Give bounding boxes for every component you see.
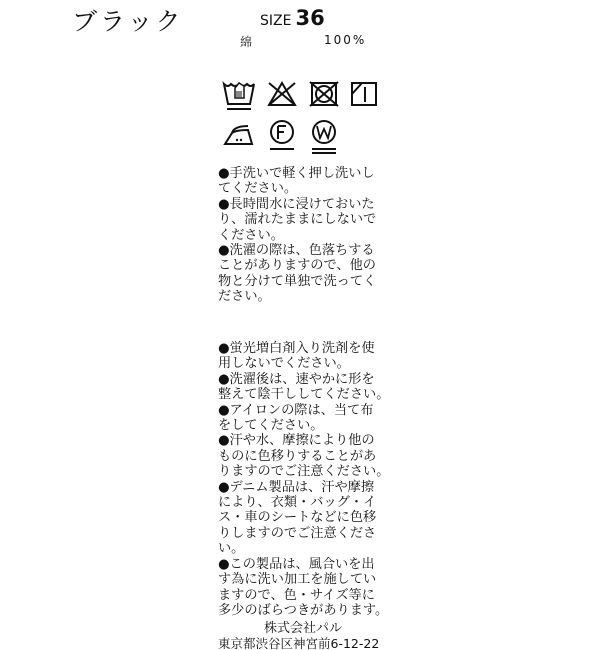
instruction: ●デニム製品は、汗や摩擦 により、衣類・バッグ・イ ス・車のシートなどに色移 り…: [218, 480, 418, 557]
instruction: ●汗や水、摩擦により他の ものに色移りすることがあ りますのでご注意ください。: [218, 433, 418, 479]
dry-clean-f-icon: [268, 118, 296, 152]
instruction: ●蛍光増白剤入り洗剤を使 用しないでください。: [218, 341, 418, 372]
company-address: 東京都渋谷区神宮前6-12-22: [218, 634, 379, 650]
instruction: ●長時間水に浸けておいた り、濡れたままにしないで ください。: [218, 197, 418, 243]
drip-dry-shade-icon: [350, 80, 378, 108]
care-instructions-2: ●蛍光増白剤入り洗剤を使 用しないでください。 ●洗濯後は、速やかに形を 整えて…: [218, 341, 418, 618]
size-label: SIZE: [260, 13, 291, 29]
wet-clean-w-icon: [310, 118, 338, 156]
do-not-tumble-dry-icon: [308, 80, 340, 108]
material-percent: 100%: [324, 33, 366, 47]
instruction: ●アイロンの際は、当て布 をしてください。: [218, 403, 418, 434]
instruction: ●手洗いで軽く押し洗いし てください。: [218, 166, 418, 197]
iron-medium-icon: [222, 120, 256, 148]
size: SIZE36: [260, 6, 325, 30]
instruction: ●洗濯の際は、色落ちする ことがありますので、他の 物と分けて単独で洗ってく だ…: [218, 243, 418, 305]
material: 綿: [240, 33, 252, 50]
instruction: ●洗濯後は、速やかに形を 整えて陰干ししてください。: [218, 372, 418, 403]
instruction: ●この製品は、風合いを出 す為に洗い加工を施してい ますので、色・サイズ等に 多…: [218, 557, 418, 619]
size-value: 36: [295, 6, 324, 30]
hand-wash-icon: [222, 80, 256, 112]
do-not-bleach-icon: [266, 80, 298, 108]
color-name: ブラック: [72, 2, 184, 38]
care-instructions-1: ●手洗いで軽く押し洗いし てください。 ●長時間水に浸けておいた り、濡れたまま…: [218, 166, 418, 305]
